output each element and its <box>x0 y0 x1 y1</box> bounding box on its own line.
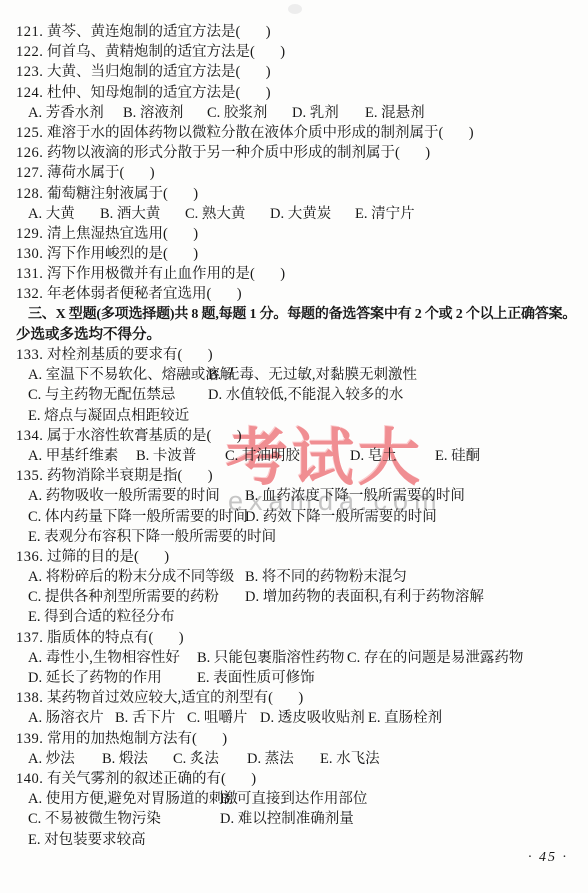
option-item: B. 溶液剂 <box>123 103 183 123</box>
option-label: A. <box>28 206 42 222</box>
option-item: E. 混悬剂 <box>365 103 425 123</box>
option-item: C. 体内药量下降一般所需要的时间 <box>28 507 248 527</box>
option-item: A. 使用方便,避免对胃肠道的刺激 <box>28 789 238 809</box>
option-label: E. <box>435 448 447 464</box>
option-text: 硅酮 <box>451 448 480 464</box>
option-label: D. <box>260 710 274 726</box>
question-text: 何首乌、黄精炮制的适宜方法是( ) <box>47 44 285 60</box>
question-text: 清上焦湿热宜选用( ) <box>47 226 198 242</box>
question-number: 127. <box>16 165 43 181</box>
option-text: 血药浓度下降一般所需要的时间 <box>262 488 465 504</box>
option-item: E. 对包装要求较高 <box>28 830 146 850</box>
question-line: 140. 有关气雾剂的叙述正确的有( ) <box>0 769 588 789</box>
option-row: E. 对包装要求较高 <box>0 830 588 850</box>
option-item: E. 直肠栓剂 <box>368 708 442 728</box>
question-line: 136. 过筛的目的是( ) <box>0 547 588 567</box>
option-text: 蒸法 <box>265 751 294 767</box>
option-label: D. <box>245 509 259 525</box>
option-item: E. 清宁片 <box>355 204 415 224</box>
option-item: D. 难以控制准确剂量 <box>220 809 354 829</box>
question-text: 杜仲、知母炮制的适宜方法是( ) <box>47 85 271 101</box>
question-line: 126. 药物以液滴的形式分散于另一种介质中形成的制剂属于( ) <box>0 143 588 163</box>
option-item: B. 酒大黄 <box>100 204 160 224</box>
option-item: C. 胶浆剂 <box>207 103 267 123</box>
option-item: D. 药效下降一般所需要的时间 <box>245 507 437 527</box>
option-label: A. <box>28 367 42 383</box>
option-label: B. <box>115 710 128 726</box>
option-label: E. <box>355 206 367 222</box>
option-text: 炙法 <box>190 751 219 767</box>
question-number: 134. <box>16 428 43 444</box>
page-number: · 45 · <box>528 850 568 866</box>
option-label: C. <box>173 751 186 767</box>
question-line: 124. 杜仲、知母炮制的适宜方法是( ) <box>0 83 588 103</box>
question-number: 139. <box>16 731 43 747</box>
option-text: 芳香水剂 <box>46 105 104 121</box>
question-text: 过筛的目的是( ) <box>47 549 169 565</box>
option-text: 舌下片 <box>132 710 176 726</box>
option-label: C. <box>28 811 41 827</box>
option-item: D. 皂土 <box>350 446 397 466</box>
option-label: A. <box>28 710 42 726</box>
option-text: 大黄炭 <box>288 206 332 222</box>
option-text: 溶液剂 <box>140 105 184 121</box>
option-item: D. 透皮吸收贴剂 <box>260 708 365 728</box>
option-row: A. 使用方便,避免对胃肠道的刺激B. 可直接到达作用部位 <box>0 789 588 809</box>
question-number: 122. <box>16 44 43 60</box>
option-row: A. 甲基纤维素B. 卡波普C. 甘油明胶D. 皂土E. 硅酮 <box>0 446 588 466</box>
question-number: 123. <box>16 64 43 80</box>
question-number: 137. <box>16 630 43 646</box>
option-row: C. 提供各种剂型所需要的药粉D. 增加药物的表面积,有利于药物溶解 <box>0 587 588 607</box>
option-item: A. 芳香水剂 <box>28 103 104 123</box>
option-item: A. 毒性小,生物相容性好 <box>28 648 180 668</box>
question-line: 129. 清上焦湿热宜选用( ) <box>0 224 588 244</box>
question-text: 对栓剂基质的要求有( ) <box>47 347 213 363</box>
option-label: D. <box>247 751 261 767</box>
option-text: 甲基纤维素 <box>46 448 119 464</box>
question-number: 124. <box>16 85 43 101</box>
option-label: A. <box>28 569 42 585</box>
option-item: C. 咀嚼片 <box>187 708 247 728</box>
option-row: C. 体内药量下降一般所需要的时间D. 药效下降一般所需要的时间 <box>0 507 588 527</box>
option-text: 透皮吸收贴剂 <box>278 710 365 726</box>
option-item: D. 延长了药物的作用 <box>28 668 162 688</box>
option-text: 乳剂 <box>310 105 339 121</box>
option-text: 大黄 <box>46 206 75 222</box>
option-label: C. <box>28 387 41 403</box>
option-text: 存在的问题是易泄露药物 <box>364 650 524 666</box>
option-item: C. 甘油明胶 <box>225 446 300 466</box>
option-label: E. <box>28 408 40 424</box>
option-item: E. 得到合适的粒径分布 <box>28 607 175 627</box>
option-text: 对包装要求较高 <box>44 832 146 848</box>
option-label: E. <box>28 832 40 848</box>
question-text: 年老体弱者便秘者宜选用( ) <box>47 286 242 302</box>
option-item: B. 血药浓度下降一般所需要的时间 <box>245 486 465 506</box>
option-item: A. 药物吸收一般所需要的时间 <box>28 486 220 506</box>
option-text: 得到合适的粒径分布 <box>44 609 175 625</box>
question-line: 134. 属于水溶性软膏基质的是( ) <box>0 426 588 446</box>
option-text: 水值较低,不能混入较多的水 <box>226 387 404 403</box>
question-number: 121. <box>16 24 43 40</box>
option-text: 炒法 <box>46 751 75 767</box>
option-text: 只能包裹脂溶性药物 <box>214 650 345 666</box>
option-text: 提供各种剂型所需要的药粉 <box>45 589 219 605</box>
option-text: 直肠栓剂 <box>384 710 442 726</box>
question-text: 属于水溶性软膏基质的是( ) <box>47 428 242 444</box>
option-text: 清宁片 <box>371 206 415 222</box>
option-item: C. 不易被微生物污染 <box>28 809 161 829</box>
option-item: C. 炙法 <box>173 749 219 769</box>
option-item: E. 水飞法 <box>320 749 380 769</box>
option-label: A. <box>28 751 42 767</box>
option-item: A. 将粉碎后的粉末分成不同等级 <box>28 567 234 587</box>
option-label: A. <box>28 650 42 666</box>
option-row: C. 不易被微生物污染D. 难以控制准确剂量 <box>0 809 588 829</box>
question-text: 药物消除半衰期是指( ) <box>47 468 213 484</box>
question-text: 葡萄糖注射液属于( ) <box>47 186 198 202</box>
option-row: A. 大黄B. 酒大黄C. 熟大黄D. 大黄炭E. 清宁片 <box>0 204 588 224</box>
option-label: E. <box>28 529 40 545</box>
option-item: C. 熟大黄 <box>185 204 245 224</box>
option-text: 将粉碎后的粉末分成不同等级 <box>46 569 235 585</box>
option-text: 卡波普 <box>153 448 197 464</box>
question-number: 128. <box>16 186 43 202</box>
question-text: 薄荷水属于( ) <box>47 165 155 181</box>
option-text: 胶浆剂 <box>224 105 268 121</box>
option-label: A. <box>28 105 42 121</box>
question-line: 138. 某药物首过效应较大,适宜的剂型有( ) <box>0 688 588 708</box>
question-text: 黄芩、黄连炮制的适宜方法是( ) <box>47 24 271 40</box>
option-label: D. <box>292 105 306 121</box>
option-text: 酒大黄 <box>117 206 161 222</box>
option-text: 与主药物无配伍禁忌 <box>45 387 176 403</box>
question-line: 137. 脂质体的特点有( ) <box>0 628 588 648</box>
question-line: 139. 常用的加热炮制方法有( ) <box>0 729 588 749</box>
option-text: 将不同的药物粉末混匀 <box>262 569 407 585</box>
option-label: D. <box>208 387 222 403</box>
question-line: 133. 对栓剂基质的要求有( ) <box>0 345 588 365</box>
option-item: C. 存在的问题是易泄露药物 <box>347 648 523 668</box>
option-item: D. 大黄炭 <box>270 204 331 224</box>
option-text: 煅法 <box>119 751 148 767</box>
exam-body: 121. 黄芩、黄连炮制的适宜方法是( )122. 何首乌、黄精炮制的适宜方法是… <box>0 0 588 850</box>
header-text: 少选或多选均不得分。 <box>16 327 161 343</box>
option-text: 水飞法 <box>336 751 380 767</box>
option-text: 肠溶衣片 <box>46 710 104 726</box>
question-line: 135. 药物消除半衰期是指( ) <box>0 466 588 486</box>
question-line: 127. 薄荷水属于( ) <box>0 163 588 183</box>
option-text: 药效下降一般所需要的时间 <box>263 509 437 525</box>
option-text: 难以控制准确剂量 <box>238 811 354 827</box>
option-label: B. <box>245 488 258 504</box>
option-row: A. 药物吸收一般所需要的时间B. 血药浓度下降一般所需要的时间 <box>0 486 588 506</box>
option-row: E. 熔点与凝固点相距较近 <box>0 406 588 426</box>
option-label: E. <box>320 751 332 767</box>
question-number: 125. <box>16 125 43 141</box>
option-label: A. <box>28 488 42 504</box>
option-row: D. 延长了药物的作用E. 表面性质可修饰 <box>0 668 588 688</box>
question-line: 131. 泻下作用极微并有止血作用的是( ) <box>0 264 588 284</box>
option-item: B. 可直接到达作用部位 <box>220 789 367 809</box>
option-item: C. 与主药物无配伍禁忌 <box>28 385 175 405</box>
option-label: E. <box>197 670 209 686</box>
option-text: 皂土 <box>368 448 397 464</box>
question-text: 大黄、当归炮制的适宜方法是( ) <box>47 64 271 80</box>
header-text: 三、X 型题(多项选择题)共 8 题,每题 1 分。每题的备选答案中有 2 个或… <box>28 307 576 322</box>
question-line: 132. 年老体弱者便秘者宜选用( ) <box>0 284 588 304</box>
option-item: E. 硅酮 <box>435 446 480 466</box>
option-item: E. 表面性质可修饰 <box>197 668 315 688</box>
question-line: 128. 葡萄糖注射液属于( ) <box>0 184 588 204</box>
option-label: B. <box>220 791 233 807</box>
option-item: D. 乳剂 <box>292 103 339 123</box>
question-number: 140. <box>16 771 43 787</box>
option-item: A. 甲基纤维素 <box>28 446 118 466</box>
option-label: C. <box>347 650 360 666</box>
exam-paper-page: 考试大 examda.com 121. 黄芩、黄连炮制的适宜方法是( )122.… <box>0 0 588 893</box>
option-label: E. <box>368 710 380 726</box>
option-label: D. <box>270 206 284 222</box>
option-item: B. 煅法 <box>102 749 148 769</box>
option-label: A. <box>28 448 42 464</box>
question-text: 某药物首过效应较大,适宜的剂型有( ) <box>47 690 303 706</box>
option-label: B. <box>197 650 210 666</box>
question-number: 136. <box>16 549 43 565</box>
option-text: 增加药物的表面积,有利于药物溶解 <box>263 589 484 605</box>
option-item: D. 水值较低,不能混入较多的水 <box>208 385 403 405</box>
option-item: D. 蒸法 <box>247 749 294 769</box>
option-text: 表面性质可修饰 <box>213 670 315 686</box>
option-label: D. <box>28 670 42 686</box>
option-text: 使用方便,避免对胃肠道的刺激 <box>46 791 238 807</box>
option-row: A. 室温下不易软化、熔融或溶解B. 无毒、无过敏,对黏膜无刺激性 <box>0 365 588 385</box>
option-row: A. 芳香水剂B. 溶液剂C. 胶浆剂D. 乳剂E. 混悬剂 <box>0 103 588 123</box>
option-label: D. <box>350 448 364 464</box>
option-item: B. 将不同的药物粉末混匀 <box>245 567 407 587</box>
section-header-continued: 少选或多选均不得分。 <box>0 325 588 345</box>
section-header: 三、X 型题(多项选择题)共 8 题,每题 1 分。每题的备选答案中有 2 个或… <box>0 305 588 325</box>
option-label: C. <box>207 105 220 121</box>
option-label: E. <box>365 105 377 121</box>
question-text: 脂质体的特点有( ) <box>47 630 184 646</box>
option-text: 可直接到达作用部位 <box>237 791 368 807</box>
question-number: 130. <box>16 246 43 262</box>
option-item: E. 熔点与凝固点相距较近 <box>28 406 189 426</box>
question-text: 泻下作用极微并有止血作用的是( ) <box>47 266 285 282</box>
option-label: C. <box>225 448 238 464</box>
option-text: 药物吸收一般所需要的时间 <box>46 488 220 504</box>
question-line: 125. 难溶于水的固体药物以微粒分散在液体介质中形成的制剂属于( ) <box>0 123 588 143</box>
option-text: 熟大黄 <box>202 206 246 222</box>
option-text: 表观分布容积下降一般所需要的时间 <box>44 529 276 545</box>
option-item: D. 增加药物的表面积,有利于药物溶解 <box>245 587 484 607</box>
question-number: 129. <box>16 226 43 242</box>
option-label: C. <box>185 206 198 222</box>
option-item: B. 卡波普 <box>136 446 196 466</box>
question-text: 难溶于水的固体药物以微粒分散在液体介质中形成的制剂属于( ) <box>47 125 474 141</box>
option-label: B. <box>100 206 113 222</box>
option-text: 体内药量下降一般所需要的时间 <box>45 509 248 525</box>
option-row: C. 与主药物无配伍禁忌D. 水值较低,不能混入较多的水 <box>0 385 588 405</box>
option-label: C. <box>28 509 41 525</box>
option-text: 甘油明胶 <box>242 448 300 464</box>
option-label: A. <box>28 791 42 807</box>
question-text: 泻下作用峻烈的是( ) <box>47 246 198 262</box>
option-text: 混悬剂 <box>381 105 425 121</box>
option-row: E. 表观分布容积下降一般所需要的时间 <box>0 527 588 547</box>
option-item: A. 室温下不易软化、熔融或溶解 <box>28 365 234 385</box>
option-label: C. <box>187 710 200 726</box>
question-line: 123. 大黄、当归炮制的适宜方法是( ) <box>0 62 588 82</box>
option-label: D. <box>220 811 234 827</box>
option-row: A. 炒法B. 煅法C. 炙法D. 蒸法E. 水飞法 <box>0 749 588 769</box>
option-item: B. 无毒、无过敏,对黏膜无刺激性 <box>208 365 417 385</box>
option-text: 延长了药物的作用 <box>46 670 162 686</box>
question-line: 121. 黄芩、黄连炮制的适宜方法是( ) <box>0 22 588 42</box>
option-row: A. 将粉碎后的粉末分成不同等级B. 将不同的药物粉末混匀 <box>0 567 588 587</box>
option-label: B. <box>208 367 221 383</box>
question-number: 135. <box>16 468 43 484</box>
question-number: 133. <box>16 347 43 363</box>
option-item: A. 炒法 <box>28 749 75 769</box>
question-number: 131. <box>16 266 43 282</box>
option-label: B. <box>245 569 258 585</box>
option-label: B. <box>123 105 136 121</box>
option-item: E. 表观分布容积下降一般所需要的时间 <box>28 527 276 547</box>
option-label: C. <box>28 589 41 605</box>
option-text: 毒性小,生物相容性好 <box>46 650 180 666</box>
question-line: 130. 泻下作用峻烈的是( ) <box>0 244 588 264</box>
question-number: 138. <box>16 690 43 706</box>
question-text: 常用的加热炮制方法有( ) <box>47 731 227 747</box>
option-label: E. <box>28 609 40 625</box>
option-item: C. 提供各种剂型所需要的药粉 <box>28 587 219 607</box>
question-text: 有关气雾剂的叙述正确的有( ) <box>47 771 256 787</box>
option-item: B. 只能包裹脂溶性药物 <box>197 648 344 668</box>
question-line: 122. 何首乌、黄精炮制的适宜方法是( ) <box>0 42 588 62</box>
option-text: 咀嚼片 <box>204 710 248 726</box>
option-row: E. 得到合适的粒径分布 <box>0 607 588 627</box>
option-label: D. <box>245 589 259 605</box>
option-row: A. 毒性小,生物相容性好B. 只能包裹脂溶性药物C. 存在的问题是易泄露药物 <box>0 648 588 668</box>
option-row: A. 肠溶衣片B. 舌下片C. 咀嚼片D. 透皮吸收贴剂E. 直肠栓剂 <box>0 708 588 728</box>
question-number: 126. <box>16 145 43 161</box>
option-text: 无毒、无过敏,对黏膜无刺激性 <box>225 367 417 383</box>
option-item: B. 舌下片 <box>115 708 175 728</box>
option-text: 熔点与凝固点相距较近 <box>44 408 189 424</box>
question-text: 药物以液滴的形式分散于另一种介质中形成的制剂属于( ) <box>47 145 430 161</box>
option-label: B. <box>102 751 115 767</box>
option-item: A. 肠溶衣片 <box>28 708 104 728</box>
option-label: B. <box>136 448 149 464</box>
option-text: 不易被微生物污染 <box>45 811 161 827</box>
option-text: 室温下不易软化、熔融或溶解 <box>46 367 235 383</box>
question-number: 132. <box>16 286 43 302</box>
option-item: A. 大黄 <box>28 204 75 224</box>
